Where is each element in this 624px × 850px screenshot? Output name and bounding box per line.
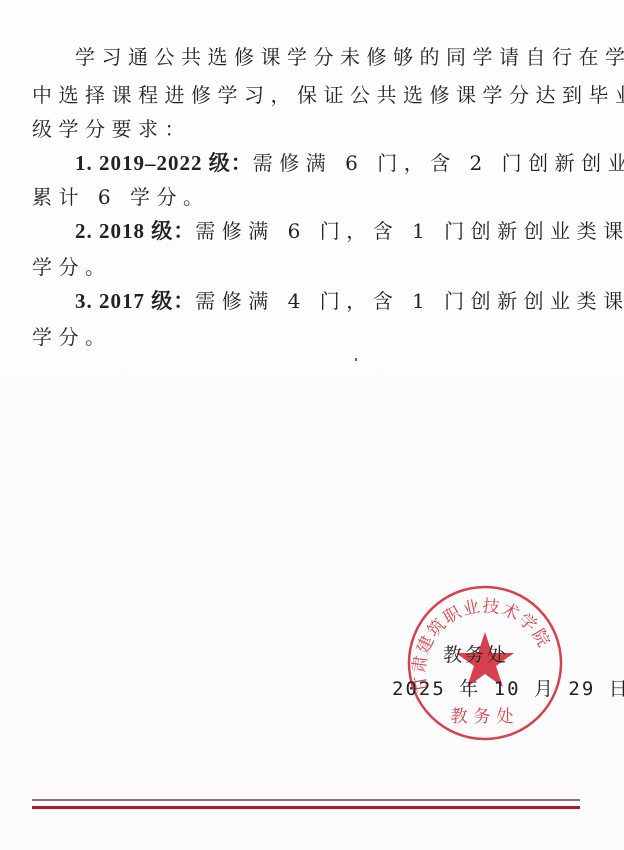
- requirement-item-2-continued: 学分。: [32, 255, 112, 279]
- requirement-label: 2. 2018 级：: [75, 219, 195, 243]
- document-page: 学习通公共选修课学分未修够的同学请自行在学习通 APP 中选择课程进修学习，保证…: [0, 0, 624, 850]
- footer-rule-thick: [32, 806, 580, 809]
- svg-text:教务处: 教务处: [451, 707, 520, 727]
- requirement-item-3: 3. 2017 级：需修满 4 门，含 1 门创新创业类课程，累计 4: [75, 289, 624, 313]
- requirement-label: 3. 2017 级：: [75, 289, 195, 313]
- issuer-signature: 教务处: [443, 640, 509, 667]
- intro-line-2: 中选择课程进修学习，保证公共选修课学分达到毕业要求。各年: [32, 83, 624, 107]
- requirement-text: 需修满 6 门，含 2 门创新创业类课程，: [253, 151, 624, 175]
- footer-rule-thin: [32, 799, 580, 801]
- requirement-text: 需修满 4 门，含 1 门创新创业类课程，累计 4: [195, 289, 624, 313]
- intro-line-1: 学习通公共选修课学分未修够的同学请自行在学习通 APP: [75, 45, 624, 69]
- intro-line-3: 级学分要求：: [32, 117, 191, 141]
- issue-date: 2025 年 10 月 29 日: [392, 674, 624, 701]
- requirement-text: 需修满 6 门，含 1 门创新创业类课程，累计 6: [195, 219, 624, 243]
- stray-mark: [355, 358, 357, 361]
- requirement-label: 1. 2019–2022 级：: [75, 151, 253, 175]
- requirement-item-2: 2. 2018 级：需修满 6 门，含 1 门创新创业类课程，累计 6: [75, 219, 624, 243]
- requirement-item-3-continued: 学分。: [32, 325, 112, 349]
- requirement-item-1-continued: 累计 6 学分。: [32, 185, 209, 209]
- requirement-item-1: 1. 2019–2022 级：需修满 6 门，含 2 门创新创业类课程，: [75, 151, 624, 175]
